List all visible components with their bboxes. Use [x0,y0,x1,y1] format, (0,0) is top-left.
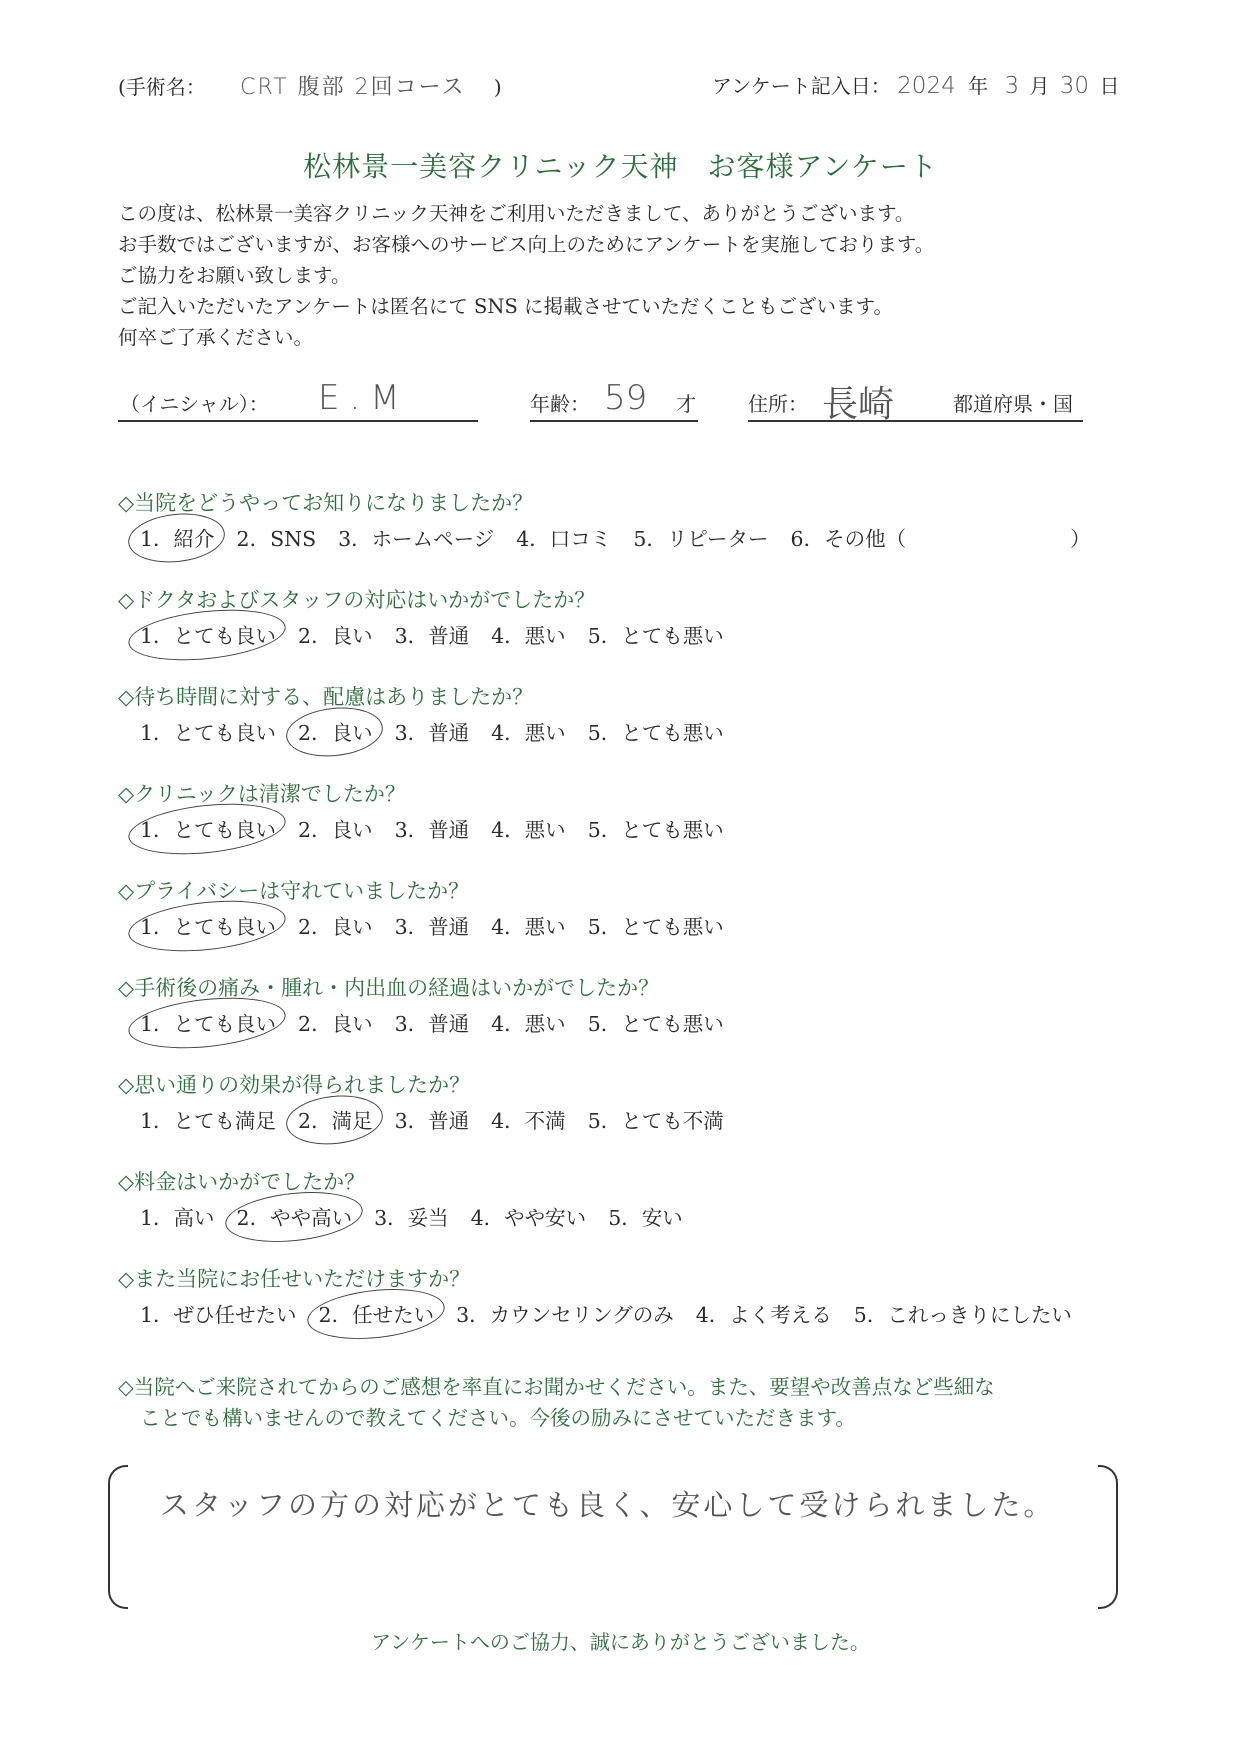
option[interactable]: 3．普通 [395,813,470,843]
survey-date-field: アンケート記入日： 2024 年 3 月 30 日 [712,70,1119,99]
option[interactable]: 5．とても悪い [588,813,724,843]
date-month: 3 [1004,73,1019,99]
option[interactable]: 4．口コミ [516,522,611,552]
question-options: 1．紹介2．SNS3．ホームページ4．口コミ5．リピーター6．その他（ ） [140,522,1113,552]
option[interactable]: 4．悪い [491,910,566,940]
procedure-value: CRT 腹部 2回コース [240,75,465,100]
option[interactable]: 4．不満 [491,1104,566,1134]
footer-thanks: アンケートへのご協力、誠にありがとうございました。 [0,1626,1241,1655]
question-title: ◇また当院にお任せいただけますか？ [118,1263,470,1293]
question-options: 1．とても良い2．良い3．普通4．悪い5．とても悪い [140,1007,746,1037]
option[interactable]: 3．普通 [395,910,470,940]
comment-bracket-left [108,1465,128,1609]
initials-value: E.M [318,378,410,418]
option-selected[interactable]: 1．とても良い [140,619,276,649]
option[interactable]: 3．妥当 [374,1201,449,1231]
question-title: ◇思い通りの効果が得られましたか？ [118,1069,470,1099]
option[interactable]: 5．安い [608,1201,683,1231]
comment-bracket-right [1098,1465,1118,1609]
feedback-prompt-line1: ◇当院へご来院されてからのご感想を率直にお聞かせください。また、要望や改善点など… [118,1370,995,1400]
intro-line: ご協力をお願い致します。 [118,260,934,291]
option[interactable]: 3．普通 [395,619,470,649]
option[interactable]: 3．ホームページ [338,522,494,552]
age-value: 59 [604,378,647,418]
date-year: 2024 [897,73,956,99]
option[interactable]: 2．良い [298,619,373,649]
month-unit: 月 [1029,74,1049,98]
question-title: ◇料金はいかがでしたか？ [118,1166,365,1196]
question-options: 1．ぜひ任せたい2．任せたい3．カウンセリングのみ4．よく考える5．これっきりに… [140,1298,1094,1328]
option[interactable]: 4．悪い [491,716,566,746]
option-selected[interactable]: 2．やや高い [237,1201,353,1231]
address-value: 長崎 [822,376,894,427]
option[interactable]: 5．これっきりにしたい [854,1298,1072,1328]
question-title: ◇ドクタおよびスタッフの対応はいかがでしたか？ [118,584,595,614]
option-selected[interactable]: 1．とても良い [140,910,276,940]
option-selected[interactable]: 2．満足 [298,1104,373,1134]
option[interactable]: 5．リピーター [633,522,768,552]
question-title: ◇待ち時間に対する、配慮はありましたか？ [118,681,533,711]
initials-label: （イニシャル）： [120,388,269,417]
option[interactable]: 6．その他（ ） [791,522,1091,552]
option[interactable]: 1．とても満足 [140,1104,276,1134]
address-field: 住所： 長崎 都道府県・国 [748,380,1083,422]
option[interactable]: 3．普通 [395,1007,470,1037]
option-selected[interactable]: 2．任せたい [319,1298,435,1328]
option[interactable]: 5．とても不満 [588,1104,724,1134]
day-unit: 日 [1099,74,1119,98]
procedure-label: (手術名： [118,75,206,99]
question-options: 1．とても良い2．良い3．普通4．悪い5．とても悪い [140,619,746,649]
option[interactable]: 4．悪い [491,619,566,649]
comment-box[interactable]: スタッフの方の対応がとても良く、安心して受けられました。 [108,1465,1118,1605]
option[interactable]: 1．ぜひ任せたい [140,1298,297,1328]
option-selected[interactable]: 2．良い [298,716,373,746]
question-options: 1．とても良い2．良い3．普通4．悪い5．とても悪い [140,813,746,843]
option[interactable]: 2．良い [298,910,373,940]
question-title: ◇手術後の痛み・腫れ・内出血の経過はいかがでしたか？ [118,972,659,1002]
option[interactable]: 5．とても悪い [588,619,724,649]
question-title: ◇当院をどうやってお知りになりましたか？ [118,487,533,517]
option[interactable]: 4．悪い [491,1007,566,1037]
address-label: 住所： [748,388,808,417]
feedback-prompt-line2: ことでも構いませんので教えてください。今後の励みにさせていただきます。 [140,1401,856,1431]
age-label: 年齢： [530,388,590,417]
option[interactable]: 1．とても良い [140,716,276,746]
intro-line: ご記入いただいたアンケートは匿名にて SNS に掲載させていただくこともございま… [118,291,934,322]
option[interactable]: 2．良い [298,813,373,843]
question-title: ◇プライバシーは守れていましたか？ [118,875,469,905]
option[interactable]: 5．とても悪い [588,910,724,940]
intro-line: 何卒ご了承ください。 [118,322,934,353]
option-selected[interactable]: 1．とても良い [140,1007,276,1037]
intro-line: この度は、松林景一美容クリニック天神をご利用いただきまして、ありがとうございます… [118,198,934,229]
intro-line: お手数ではございますが、お客様へのサービス向上のためにアンケートを実施しておりま… [118,229,934,260]
option[interactable]: 4．悪い [491,813,566,843]
procedure-close: ) [494,75,502,99]
option[interactable]: 1．高い [140,1201,215,1231]
question-options: 1．とても良い2．良い3．普通4．悪い5．とても悪い [140,716,746,746]
age-field: 年齢： 59 才 [530,380,698,422]
option[interactable]: 3．カウンセリングのみ [456,1298,674,1328]
option[interactable]: 2．SNS [237,522,317,552]
date-label: アンケート記入日： [712,74,891,98]
comment-text: スタッフの方の対応がとても良く、安心して受けられました。 [160,1483,1055,1524]
procedure-field: (手術名： CRT 腹部 2回コース ) [118,70,502,101]
option[interactable]: 5．とても悪い [588,1007,724,1037]
option[interactable]: 2．良い [298,1007,373,1037]
page-title: 松林景一美容クリニック天神 お客様アンケート [0,145,1241,185]
intro-text: この度は、松林景一美容クリニック天神をご利用いただきまして、ありがとうございます… [118,198,934,353]
option[interactable]: 5．とても悪い [588,716,724,746]
option[interactable]: 4．よく考える [696,1298,832,1328]
question-options: 1．とても満足2．満足3．普通4．不満5．とても不満 [140,1104,746,1134]
age-unit: 才 [676,388,696,417]
option[interactable]: 3．普通 [395,716,470,746]
question-title: ◇クリニックは清潔でしたか？ [118,778,406,808]
initials-field: （イニシャル）： E.M [118,380,478,422]
question-options: 1．高い2．やや高い3．妥当4．やや安い5．安い [140,1201,705,1231]
option[interactable]: 3．普通 [395,1104,470,1134]
option-selected[interactable]: 1．紹介 [140,522,215,552]
date-day: 30 [1060,73,1089,99]
address-suffix: 都道府県・国 [953,388,1073,417]
option[interactable]: 4．やや安い [471,1201,587,1231]
question-options: 1．とても良い2．良い3．普通4．悪い5．とても悪い [140,910,746,940]
option-selected[interactable]: 1．とても良い [140,813,276,843]
year-unit: 年 [968,74,988,98]
